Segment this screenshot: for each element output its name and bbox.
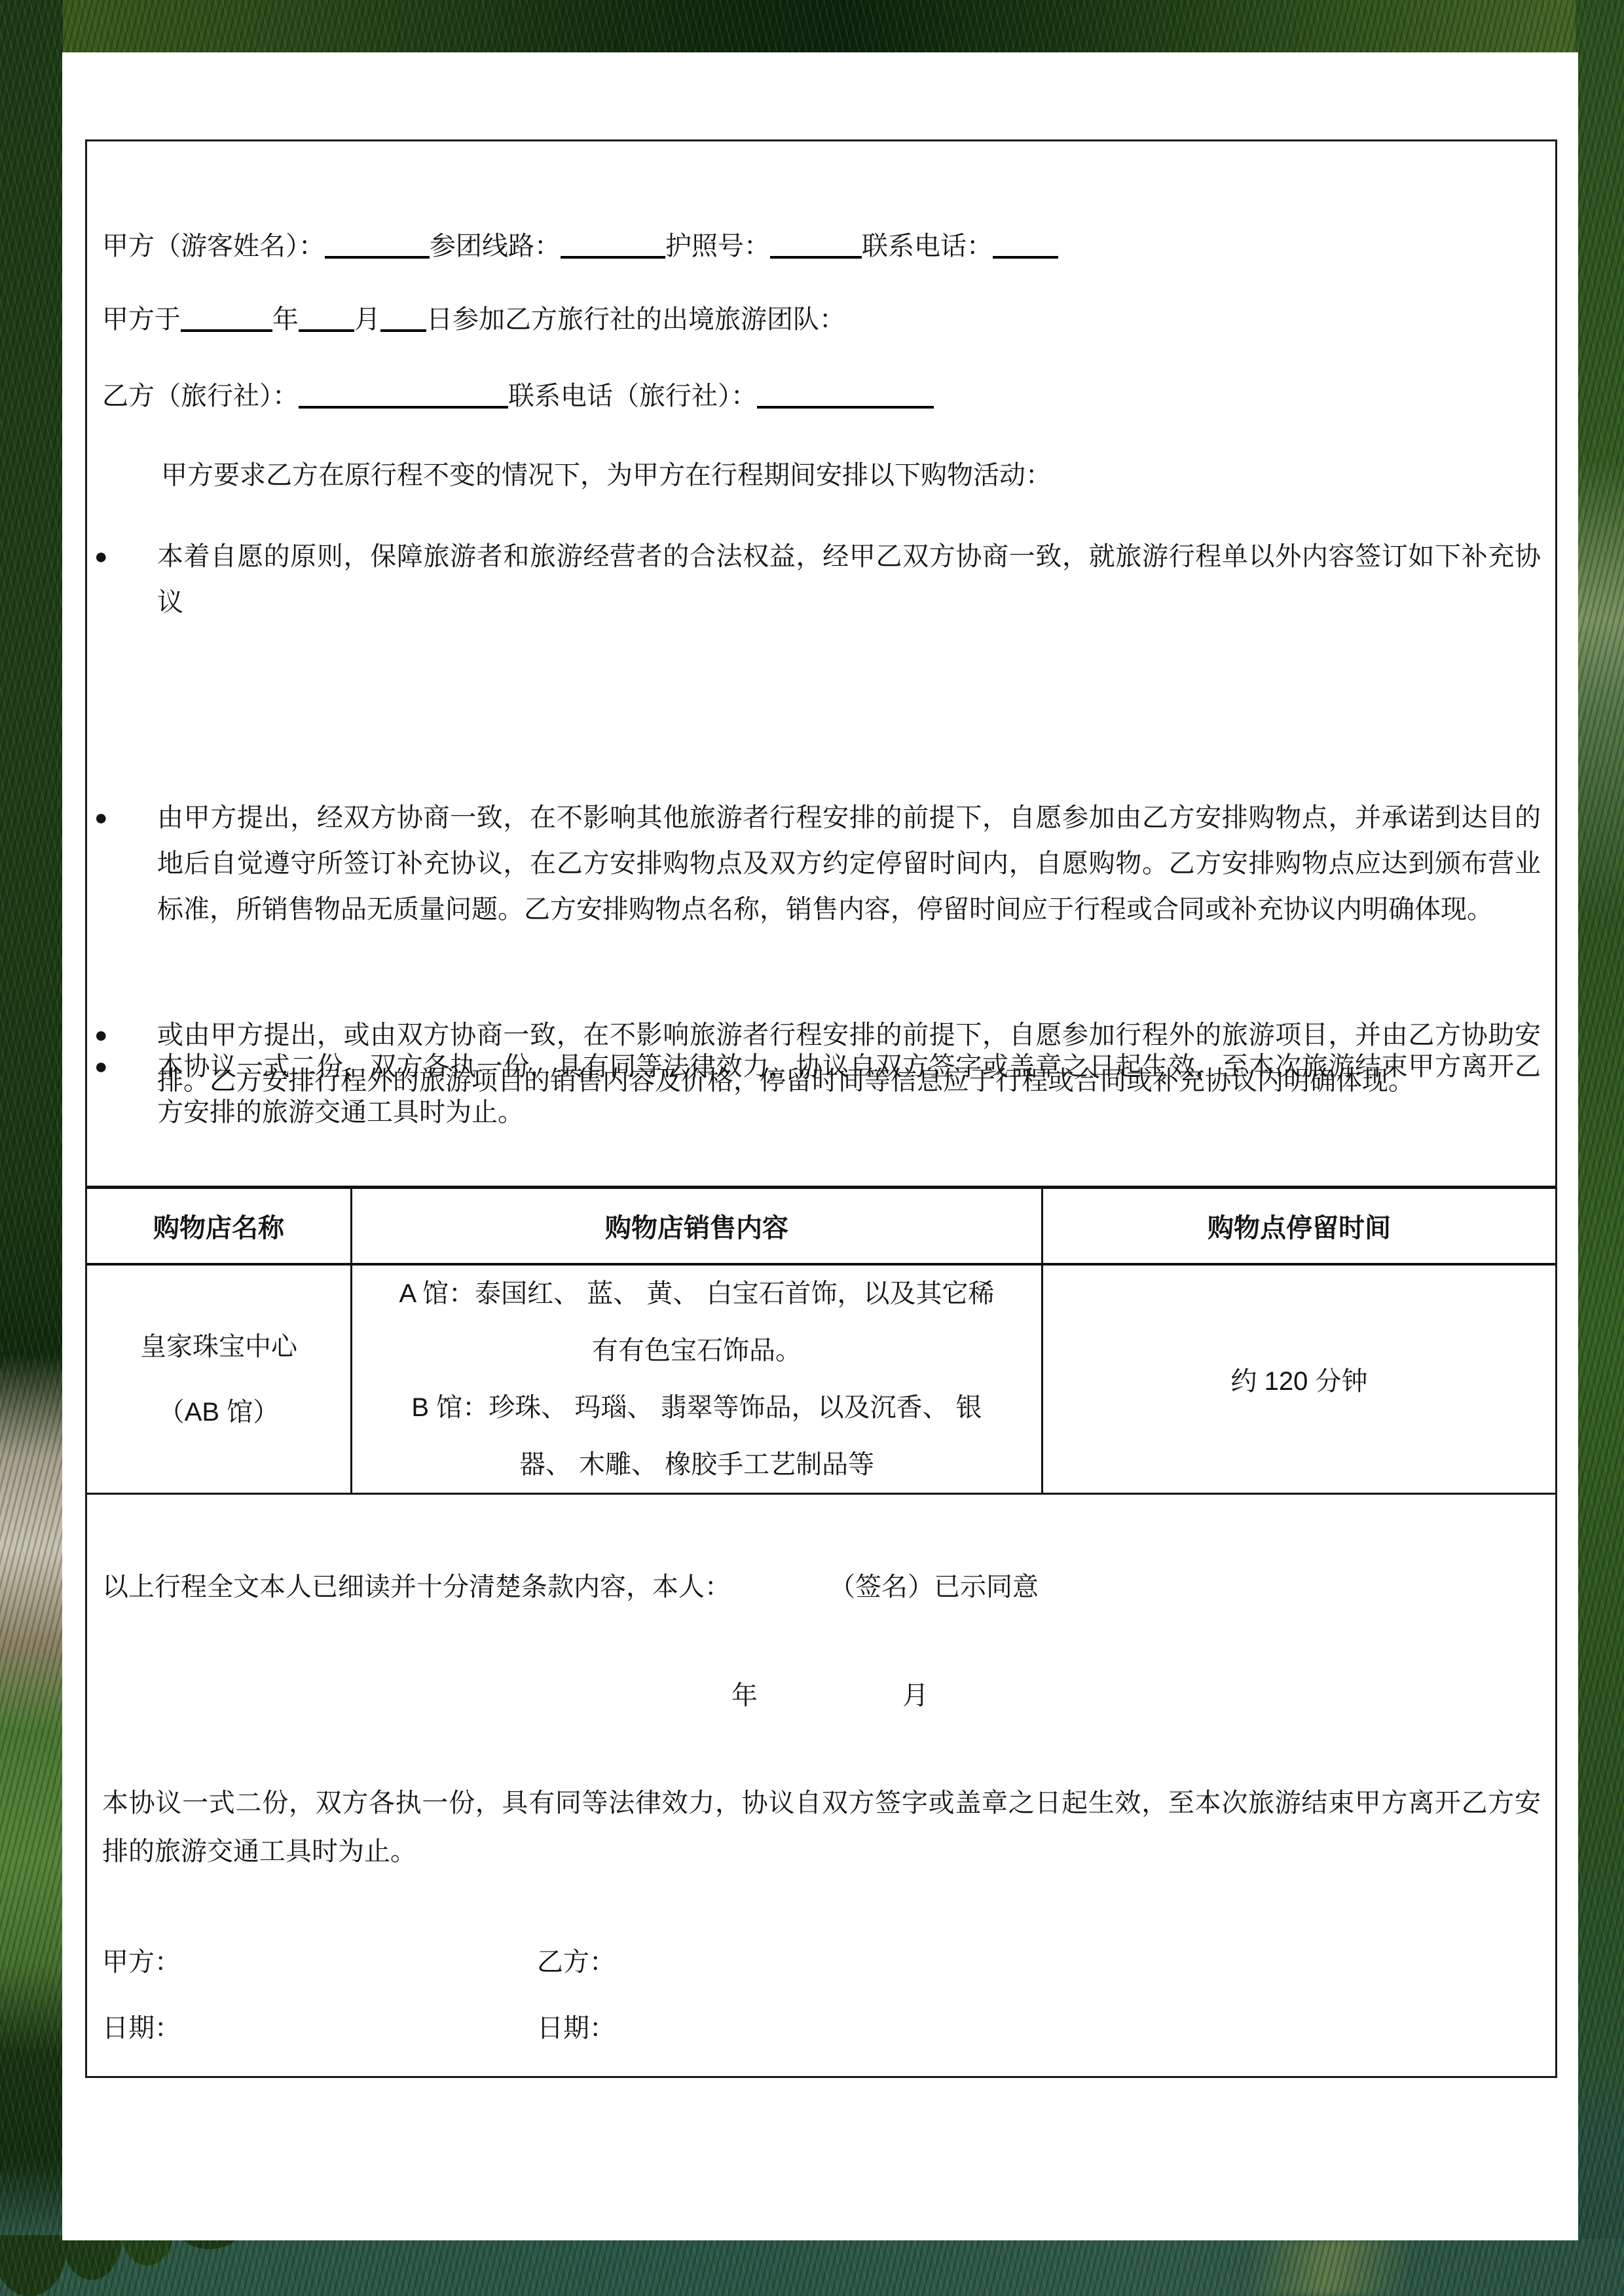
year-label: 年 (731, 1681, 758, 1710)
table-header-stay-time: 购物点停留时间 (1043, 1189, 1555, 1263)
agreement-clause-1: ● 本着自愿的原则，保障旅游者和旅游经营者的合法权益，经甲乙双方协商一致，就旅游… (102, 534, 1541, 625)
clause-text: 本协议一式二份，双方各执一份，具有同等法律效力，协议自双方签字或盖章之日起生效，… (157, 1052, 1541, 1127)
date-b-label: 日期： (537, 2014, 616, 2043)
shop-name-cell: 皇家珠宝中心 （AB 馆） (87, 1266, 352, 1493)
year-unit: 年 (272, 305, 299, 334)
sale-content-cell: A 馆：泰国红、 蓝、 黄、 白宝石首饰，以及其它稀 有有色宝石饰品。 B 馆：… (352, 1266, 1043, 1493)
confirm-text: 以上行程全文本人已细读并十分清楚条款内容，本人： (102, 1573, 731, 1601)
table-header-shop-name: 购物店名称 (87, 1189, 352, 1263)
bullet-icon: ● (94, 1044, 108, 1089)
phone-label: 联系电话： (862, 232, 993, 261)
signature-date-line: 年月 (102, 1677, 929, 1714)
year-month-gap (758, 1704, 902, 1704)
stay-time-cell: 约 120 分钟 (1043, 1266, 1555, 1493)
sale-content-line: B 馆：珍珠、 玛瑙、 翡翠等饰品，以及沉香、 银 (368, 1379, 1025, 1436)
route-blank (561, 248, 665, 259)
join-suffix: 日参加乙方旅行社的出境旅游团队： (426, 305, 845, 334)
party-gap (181, 1970, 537, 1971)
day-blank (380, 321, 426, 332)
form-line-party-b: 乙方（旅行社）：联系电话（旅行社）： (102, 378, 1541, 414)
intro-paragraph: 甲方要求乙方在原行程不变的情况下，为甲方在行程期间安排以下购物活动： (102, 457, 1541, 494)
month-blank (299, 321, 354, 332)
shop-name-line: 皇家珠宝中心 (87, 1314, 350, 1379)
clause-text: 本着自愿的原则，保障旅游者和旅游经营者的合法权益，经甲乙双方协商一致，就旅游行程… (157, 542, 1541, 617)
shopping-table: 购物店名称 购物店销售内容 购物点停留时间 皇家珠宝中心 （AB 馆） A 馆：… (87, 1186, 1555, 1495)
table-header-row: 购物店名称 购物店销售内容 购物点停留时间 (87, 1189, 1555, 1266)
year-blank (181, 321, 272, 332)
bullet-icon: ● (94, 534, 108, 579)
party-a-sign-label: 甲方： (102, 1948, 181, 1977)
party-b-name-blank (299, 398, 508, 409)
footer-date-line: 日期：日期： (102, 2010, 1541, 2047)
form-line-join-date: 甲方于年月日参加乙方旅行社的出境旅游团队： (102, 301, 1541, 338)
agreement-clause-2: ● 由甲方提出，经双方协商一致，在不影响其他旅游者行程安排的前提下，自愿参加由乙… (102, 795, 1541, 932)
party-a-name-blank (325, 248, 430, 259)
signature-confirm-line: 以上行程全文本人已细读并十分清楚条款内容，本人：（签名）已示同意 (102, 1569, 1541, 1605)
shop-name-line: （AB 馆） (87, 1379, 350, 1445)
party-b-label: 乙方（旅行社）： (102, 382, 299, 410)
party-b-phone-label: 联系电话（旅行社）： (508, 382, 757, 410)
party-b-phone-blank (757, 398, 934, 409)
sale-content-line: 器、 木雕、 橡胶手工艺制品等 (368, 1436, 1025, 1493)
party-a-label: 甲方（游客姓名）： (102, 232, 325, 261)
clause-text: 由甲方提出，经双方协商一致，在不影响其他旅游者行程安排的前提下，自愿参加由乙方安… (157, 803, 1541, 924)
passport-blank (770, 248, 862, 259)
sale-content-line: A 馆：泰国红、 蓝、 黄、 白宝石首饰，以及其它稀 (368, 1266, 1025, 1322)
table-header-sale-content: 购物店销售内容 (352, 1189, 1043, 1263)
agreement-border-box: 甲方（游客姓名）：参团线路：护照号：联系电话： 甲方于年月日参加乙方旅行社的出境… (85, 139, 1557, 2078)
footer-party-line: 甲方：乙方： (102, 1944, 1541, 1980)
date-a-label: 日期： (102, 2014, 181, 2043)
date-gap (181, 2036, 537, 2037)
table-row: 皇家珠宝中心 （AB 馆） A 馆：泰国红、 蓝、 黄、 白宝石首饰，以及其它稀… (87, 1266, 1555, 1493)
form-line-party-a: 甲方（游客姓名）：参团线路：护照号：联系电话： (102, 228, 1541, 264)
sign-suffix: （签名）已示同意 (829, 1573, 1039, 1601)
passport-label: 护照号： (665, 232, 770, 261)
sale-content-line: 有有色宝石饰品。 (368, 1322, 1025, 1379)
phone-blank (993, 248, 1058, 259)
month-label: 月 (902, 1681, 929, 1710)
party-b-sign-label: 乙方： (537, 1948, 616, 1977)
signature-gap (731, 1595, 829, 1595)
paper-sheet: 甲方（游客姓名）：参团线路：护照号：联系电话： 甲方于年月日参加乙方旅行社的出境… (62, 52, 1578, 2240)
join-prefix: 甲方于 (102, 305, 181, 334)
bullet-icon: ● (94, 795, 108, 841)
route-label: 参团线路： (430, 232, 561, 261)
closing-paragraph: 本协议一式二份，双方各执一份，具有同等法律效力，协议自双方签字或盖章之日起生效，… (102, 1779, 1541, 1876)
month-unit: 月 (354, 305, 380, 334)
agreement-clause-4: ● 本协议一式二份，双方各执一份，具有同等法律效力，协议自双方签字或盖章之日起生… (102, 1044, 1541, 1135)
